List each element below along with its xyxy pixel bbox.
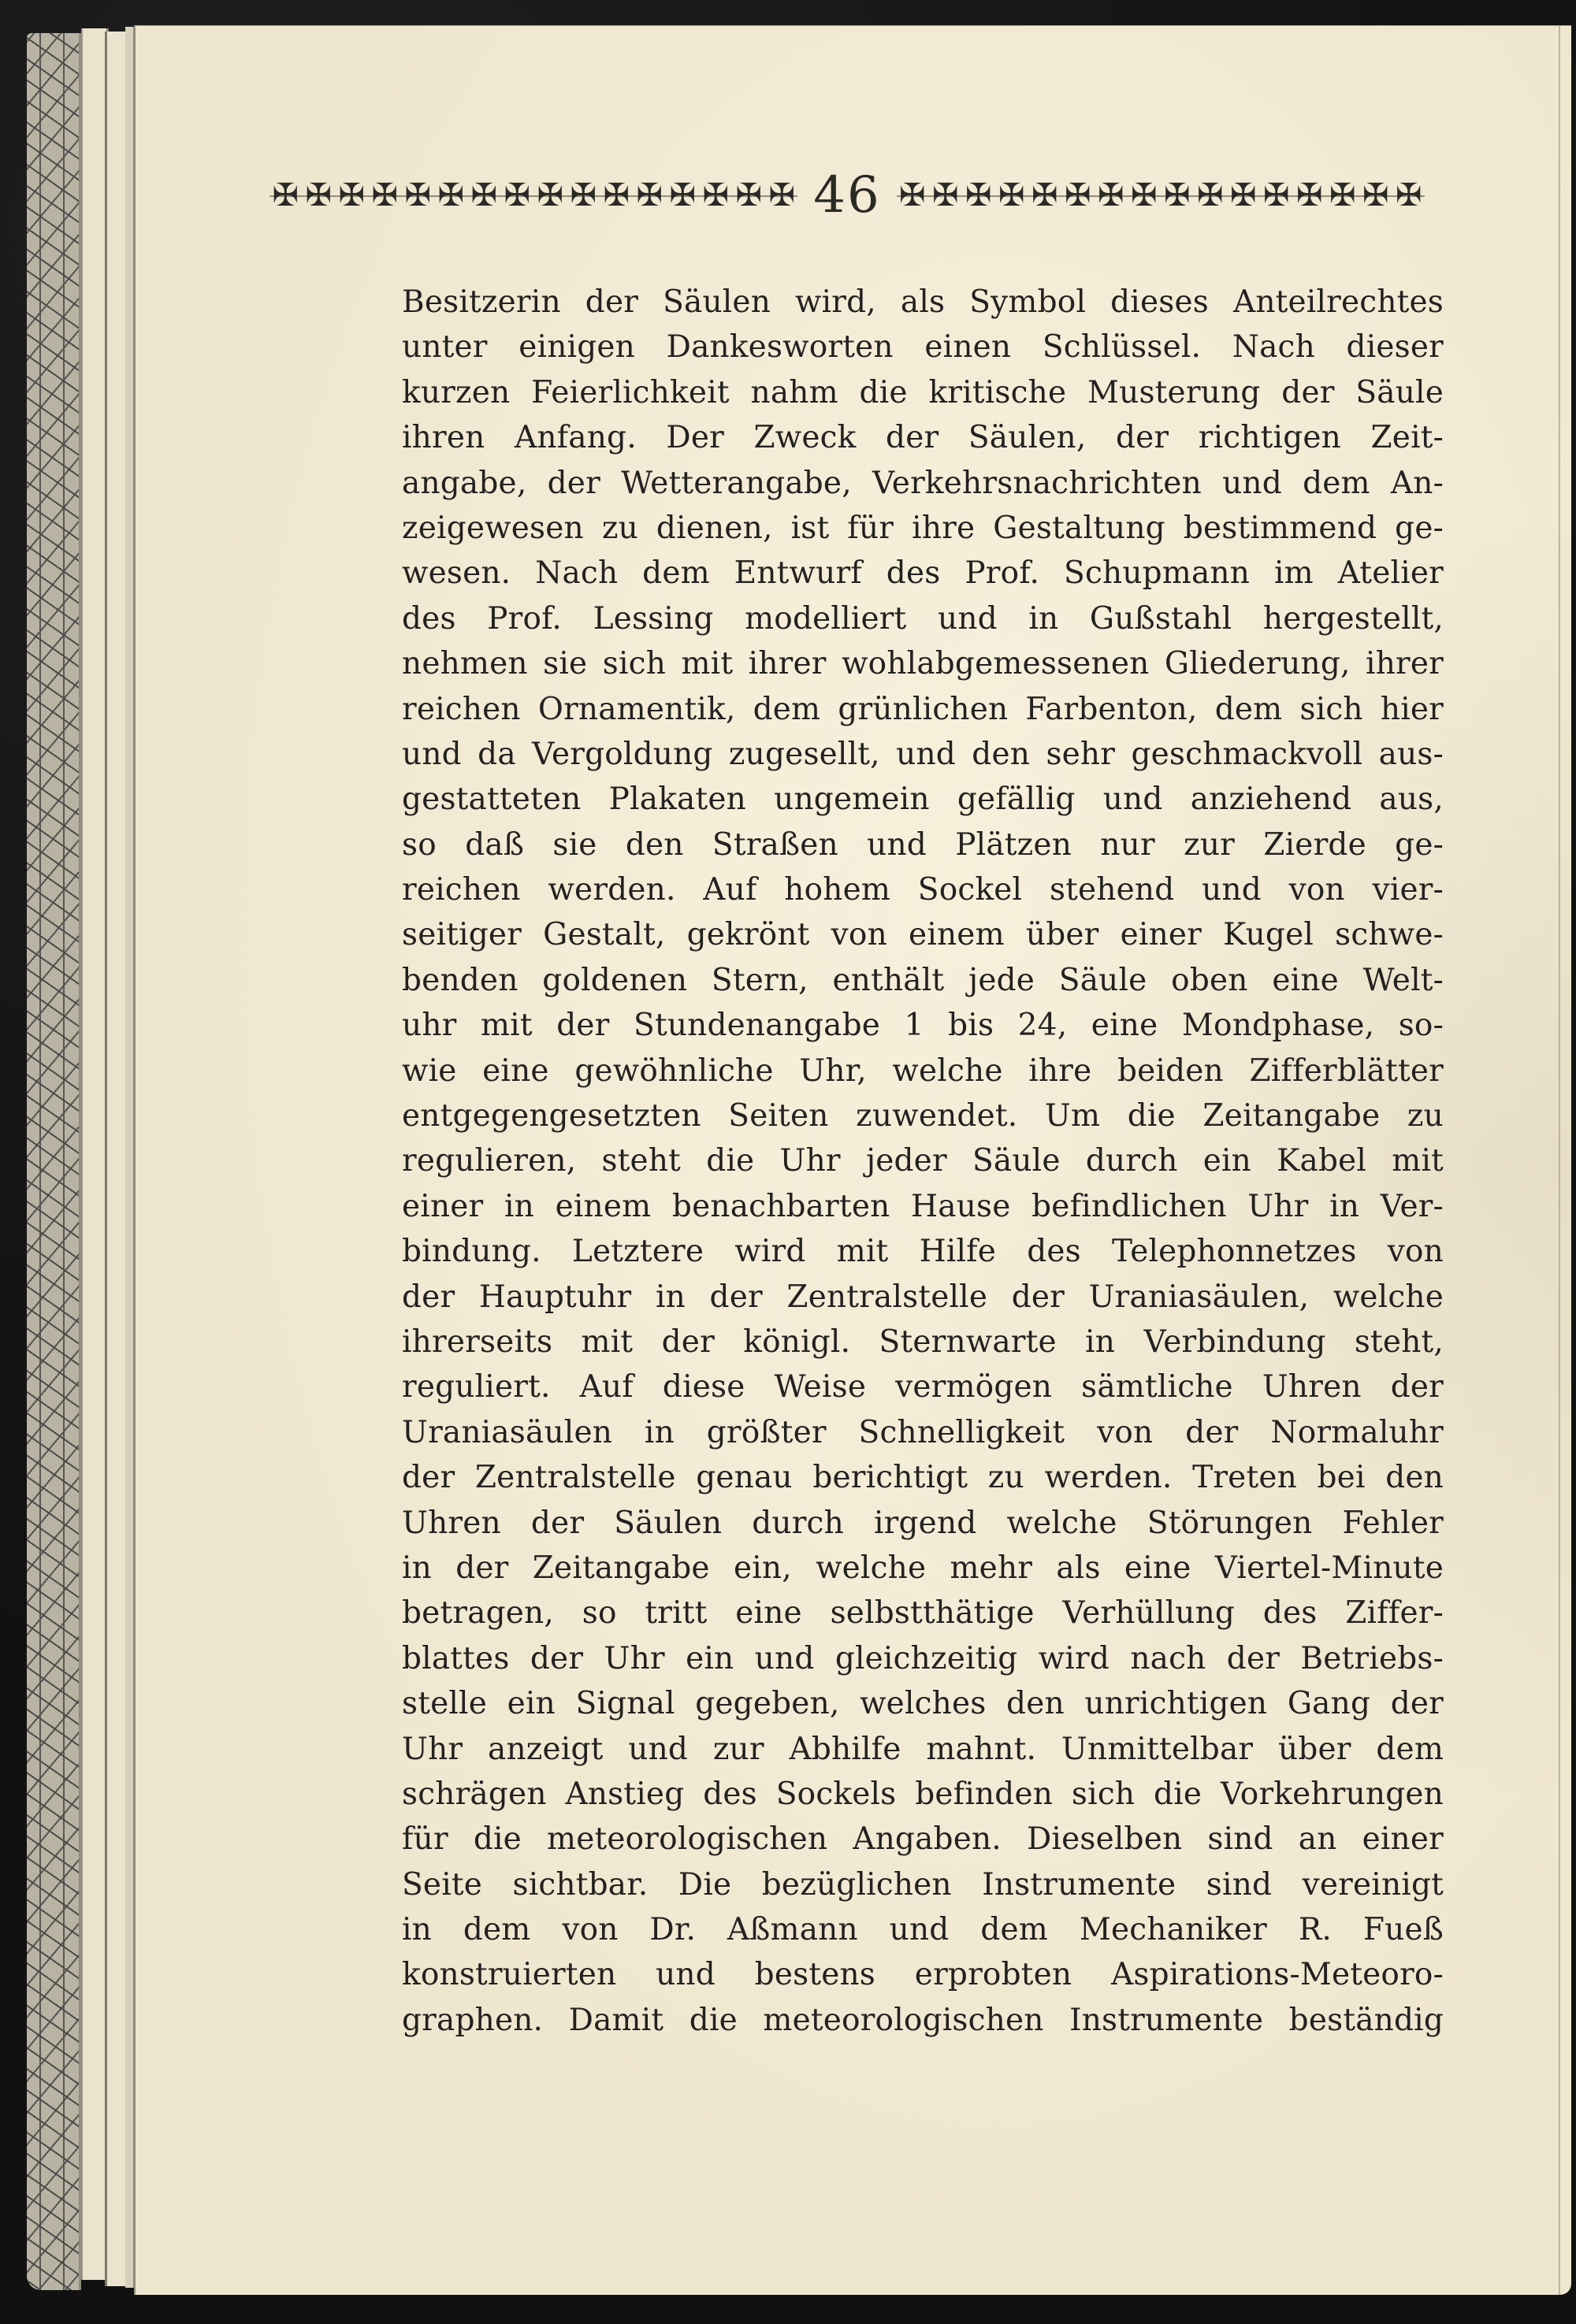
cross-ornament-icon: ✠	[269, 180, 301, 211]
text-line: ihren Anfang. Der Zweck der Säulen, der …	[402, 415, 1444, 460]
cross-ornament-icon: ✠	[1162, 180, 1193, 211]
cross-ornament-icon: ✠	[567, 180, 599, 211]
cross-ornament-icon: ✠	[733, 180, 764, 211]
cross-ornament-icon: ✠	[667, 180, 698, 211]
text-line: zeigewesen zu dienen, ist für ihre Gesta…	[402, 506, 1444, 551]
cross-ornament-icon: ✠	[1327, 180, 1359, 211]
text-line: wie eine gewöhnliche Uhr, welche ihre be…	[402, 1049, 1444, 1093]
cross-ornament-icon: ✠	[534, 180, 566, 211]
text-line: der Zentralstelle genau berichtigt zu we…	[402, 1455, 1444, 1500]
cross-ornament-icon: ✠	[336, 180, 367, 211]
text-line: der Hauptuhr in der Zentralstelle der Ur…	[402, 1275, 1444, 1320]
text-line: Seite sichtbar. Die bezüglichen Instrume…	[402, 1862, 1444, 1907]
text-line: nehmen sie sich mit ihrer wohlabgemessen…	[402, 641, 1444, 686]
text-line: regulieren, steht die Uhr jeder Säule du…	[402, 1138, 1444, 1183]
cross-ornament-icon: ✠	[1393, 180, 1425, 211]
text-line: gestatteten Plakaten ungemein gefällig u…	[402, 777, 1444, 822]
text-line: benden goldenen Stern, enthält jede Säul…	[402, 958, 1444, 1003]
text-line: reichen Ornamentik, dem grünlichen Farbe…	[402, 687, 1444, 732]
cross-ornament-icon: ✠	[1360, 180, 1392, 211]
cross-ornament-icon: ✠	[600, 180, 632, 211]
cross-ornament-icon: ✠	[468, 180, 500, 211]
text-line: in der Zeitangabe ein, welche mehr als e…	[402, 1546, 1444, 1591]
text-line: blattes der Uhr ein und gleichzeitig wir…	[402, 1636, 1444, 1681]
cross-ornament-icon: ✠	[766, 180, 797, 211]
book-binding-marbled-edge	[27, 33, 81, 2290]
text-line: angabe, der Wetterangabe, Verkehrsnachri…	[402, 461, 1444, 506]
text-line: Besitzerin der Säulen wird, als Symbol d…	[402, 280, 1444, 325]
header-ornament-left: ✠✠✠✠✠✠✠✠✠✠✠✠✠✠✠✠	[269, 180, 797, 211]
header-ornament-right: ✠✠✠✠✠✠✠✠✠✠✠✠✠✠✠✠	[897, 180, 1425, 211]
cross-ornament-icon: ✠	[1029, 180, 1061, 211]
text-line: Uhr anzeigt und zur Abhilfe mahnt. Unmit…	[402, 1727, 1444, 1772]
cross-ornament-icon: ✠	[1062, 180, 1094, 211]
text-line: wesen. Nach dem Entwurf des Prof. Schupm…	[402, 551, 1444, 596]
cross-ornament-icon: ✠	[1261, 180, 1292, 211]
body-text: Besitzerin der Säulen wird, als Symbol d…	[402, 280, 1444, 2043]
running-head: ✠✠✠✠✠✠✠✠✠✠✠✠✠✠✠✠ 46 ✠✠✠✠✠✠✠✠✠✠✠✠✠✠✠✠	[260, 164, 1434, 227]
cross-ornament-icon: ✠	[1128, 180, 1160, 211]
text-line: reguliert. Auf diese Weise vermögen sämt…	[402, 1364, 1444, 1409]
cross-ornament-icon: ✠	[963, 180, 994, 211]
cross-ornament-icon: ✠	[1195, 180, 1226, 211]
text-line: für die meteorologischen Angaben. Diesel…	[402, 1817, 1444, 1862]
text-line: und da Vergoldung zugesellt, und den seh…	[402, 732, 1444, 777]
text-line: so daß sie den Straßen und Plätzen nur z…	[402, 822, 1444, 867]
page-number: 46	[808, 166, 885, 225]
cross-ornament-icon: ✠	[930, 180, 961, 211]
text-line: konstruierten und bestens erprobten Aspi…	[402, 1952, 1444, 1997]
text-line: graphen. Damit die meteorologischen Inst…	[402, 1998, 1444, 2043]
text-line: betragen, so tritt eine selbstthätige Ve…	[402, 1591, 1444, 1635]
cross-ornament-icon: ✠	[303, 180, 334, 211]
cross-ornament-icon: ✠	[1095, 180, 1127, 211]
cross-ornament-icon: ✠	[996, 180, 1028, 211]
text-line: uhr mit der Stundenangabe 1 bis 24, eine…	[402, 1003, 1444, 1048]
text-line: kurzen Feierlichkeit nahm die kritische …	[402, 370, 1444, 415]
text-line: bindung. Letztere wird mit Hilfe des Tel…	[402, 1229, 1444, 1274]
cross-ornament-icon: ✠	[897, 180, 928, 211]
cross-ornament-icon: ✠	[1228, 180, 1259, 211]
text-line: Uraniasäulen in größter Schnelligkeit vo…	[402, 1410, 1444, 1455]
cross-ornament-icon: ✠	[435, 180, 466, 211]
text-line: stelle ein Signal gegeben, welches den u…	[402, 1681, 1444, 1726]
cross-ornament-icon: ✠	[1294, 180, 1325, 211]
text-line: entgegengesetzten Seiten zuwendet. Um di…	[402, 1093, 1444, 1138]
cross-ornament-icon: ✠	[369, 180, 400, 211]
cross-ornament-icon: ✠	[402, 180, 433, 211]
cross-ornament-icon: ✠	[700, 180, 731, 211]
text-line: ihrerseits mit der königl. Sternwarte in…	[402, 1320, 1444, 1364]
text-line: in dem von Dr. Aßmann und dem Mechaniker…	[402, 1907, 1444, 1952]
text-line: einer in einem benachbarten Hause befind…	[402, 1184, 1444, 1229]
text-line: des Prof. Lessing modelliert und in Gußs…	[402, 596, 1444, 641]
cross-ornament-icon: ✠	[501, 180, 533, 211]
page-fold-crease	[1559, 26, 1560, 2295]
text-line: Uhren der Säulen durch irgend welche Stö…	[402, 1501, 1444, 1546]
cross-ornament-icon: ✠	[634, 180, 665, 211]
text-line: schrägen Anstieg des Sockels befinden si…	[402, 1772, 1444, 1817]
text-line: unter einigen Dankesworten einen Schlüss…	[402, 325, 1444, 369]
text-line: seitiger Gestalt, gekrönt von einem über…	[402, 912, 1444, 957]
text-line: reichen werden. Auf hohem Sockel stehend…	[402, 867, 1444, 912]
